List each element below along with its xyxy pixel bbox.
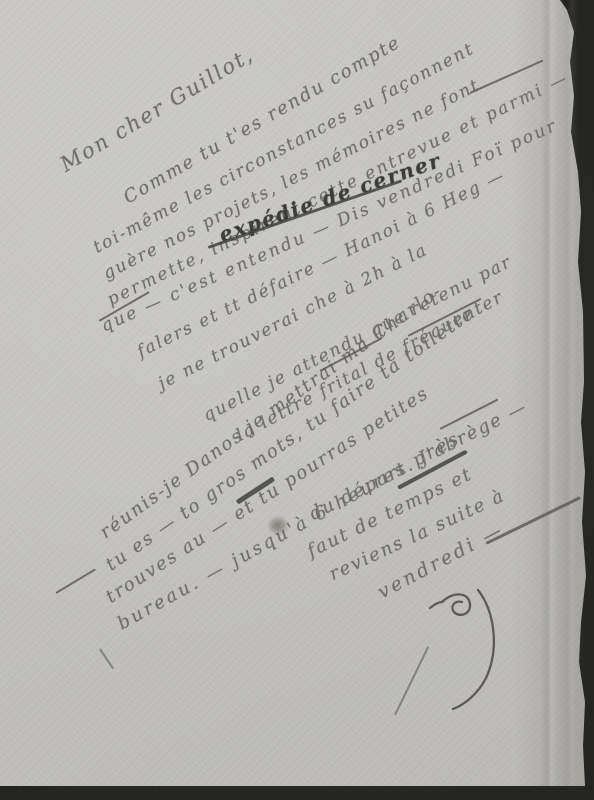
paper-crease-vertical xyxy=(560,0,578,786)
pencil-smudge xyxy=(263,512,293,539)
photograph-of-letter: Mon cher Guillot, Comme tu t'es rendu co… xyxy=(0,0,594,800)
